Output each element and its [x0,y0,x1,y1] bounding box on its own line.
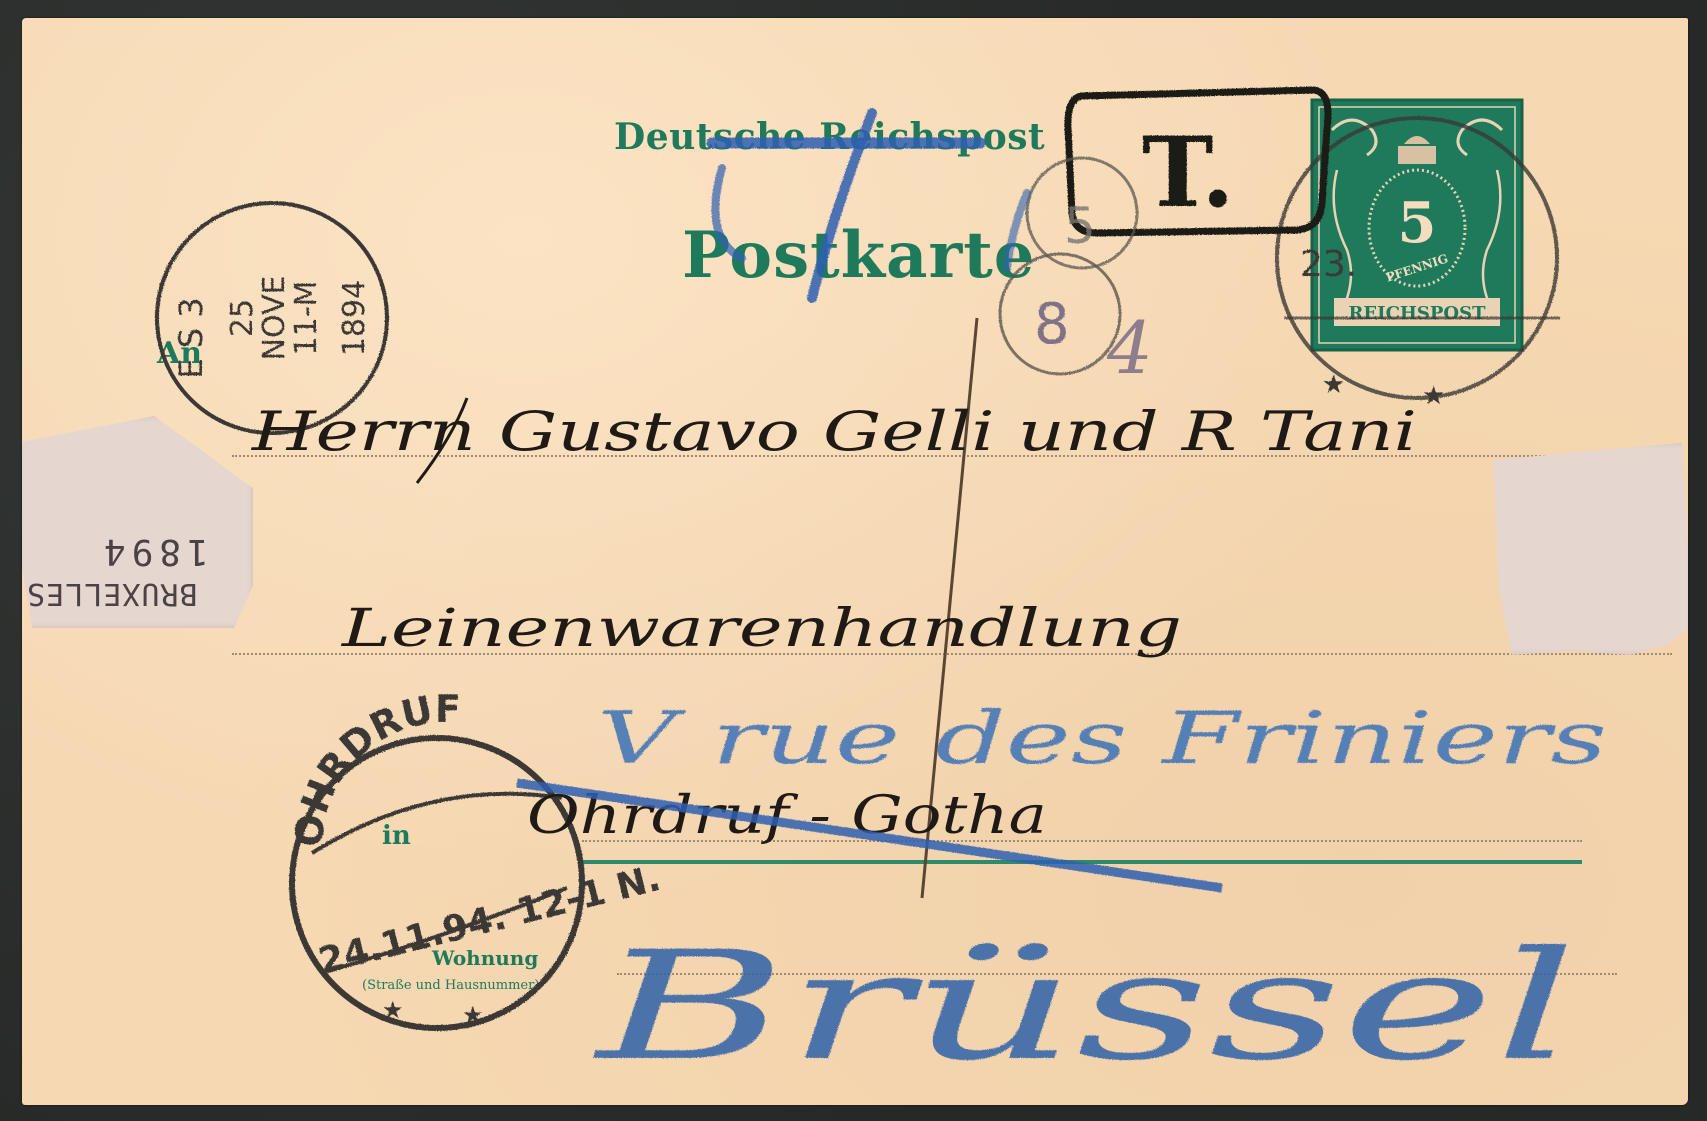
svg-text:★: ★ [462,1001,484,1029]
marks-overlay: 5 PFENNIG REICHSPOST 23. ★ ★ T. 5 8 [22,18,1688,1105]
svg-text:E S 3: E S 3 [172,297,210,378]
svg-text:1894: 1894 [337,280,372,356]
svg-text:★: ★ [382,996,404,1024]
address-line1-text: Herrn Gustavo Gelli und R Tani [251,400,1417,463]
svg-text:11-M: 11-M [289,281,324,356]
blue-redirect: V rue des Friniers Brüssel [517,696,1607,1094]
transit-postmark-date: 23. [1300,244,1357,285]
address-line2-text: Leinenwarenhandlung [341,599,1182,659]
svg-text:NOVE: NOVE [257,275,292,360]
stamp-caption: REICHSPOST [1348,303,1486,324]
postage-due-letter: T. [1142,116,1234,229]
redirect-city-text: Brüssel [592,920,1577,1094]
redirect-street-text: V rue des Friniers [597,696,1607,780]
svg-text:8: 8 [1034,292,1070,357]
svg-text:5: 5 [1064,197,1096,255]
postcard: Deutsche Reichspost Postkarte An in Wohn… [22,18,1688,1105]
stamp-value: 5 [1398,190,1437,256]
arrival-postmark: E S 3 25 NOVE 11-M 1894 [157,203,387,433]
blue-crayon-marks [712,113,1027,298]
origin-postmark-place: OHRDRUF [286,687,461,849]
svg-text:★: ★ [1322,370,1345,400]
svg-text:★: ★ [1422,381,1445,411]
circled-numeral-8: 8 [1000,254,1120,374]
circled-numeral-5: 5 [1027,158,1137,268]
pencil-numeral-4: 4 [1106,306,1153,390]
postage-due-mark: T. [1068,90,1328,233]
svg-text:25: 25 [225,299,260,337]
